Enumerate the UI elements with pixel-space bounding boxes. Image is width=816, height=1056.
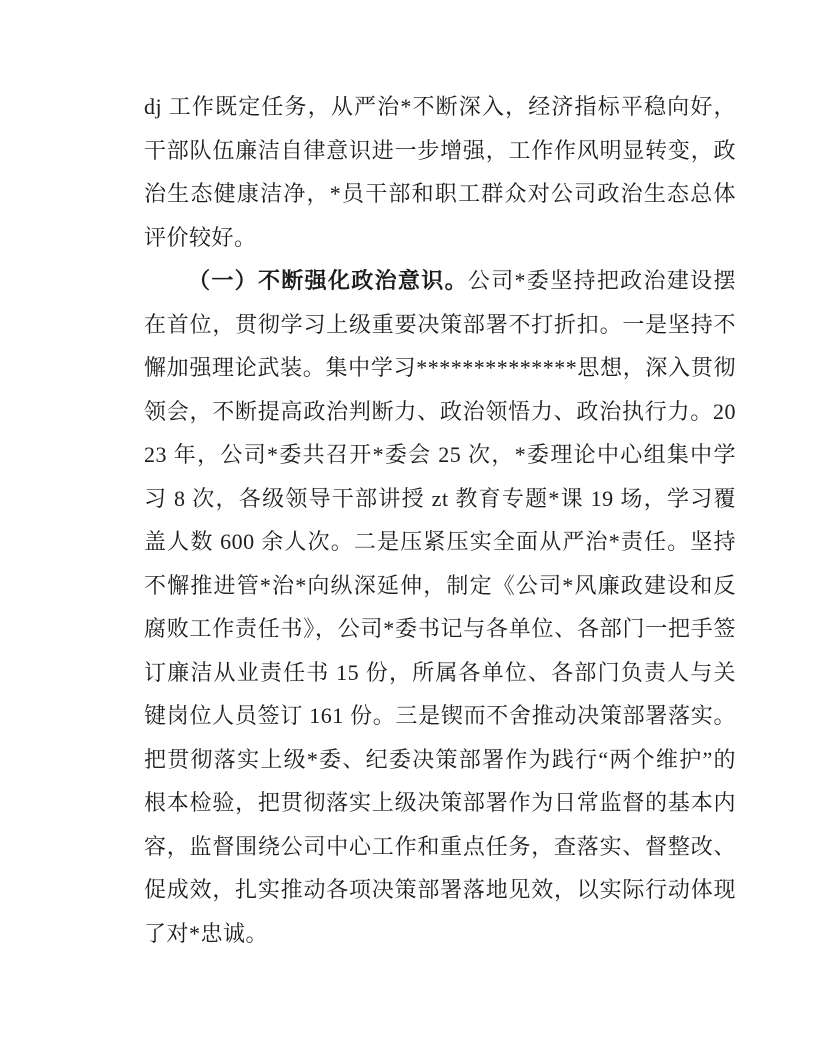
paragraph-continuation: dj 工作既定任务，从严治*不断深入，经济指标平稳向好，干部队伍廉洁自律意识进一… <box>144 85 736 259</box>
paragraph-text: 公司*委坚持把政治建设摆在首位，贯彻学习上级重要决策部署不打折扣。一是坚持不懈加… <box>144 268 736 946</box>
document-page: dj 工作既定任务，从严治*不断深入，经济指标平稳向好，干部队伍廉洁自律意识进一… <box>144 85 736 955</box>
section-heading: （一）不断强化政治意识。 <box>188 268 468 293</box>
paragraph-section-1: （一）不断强化政治意识。公司*委坚持把政治建设摆在首位，贯彻学习上级重要决策部署… <box>144 259 736 955</box>
paragraph-text: dj 工作既定任务，从严治*不断深入，经济指标平稳向好，干部队伍廉洁自律意识进一… <box>144 94 736 250</box>
